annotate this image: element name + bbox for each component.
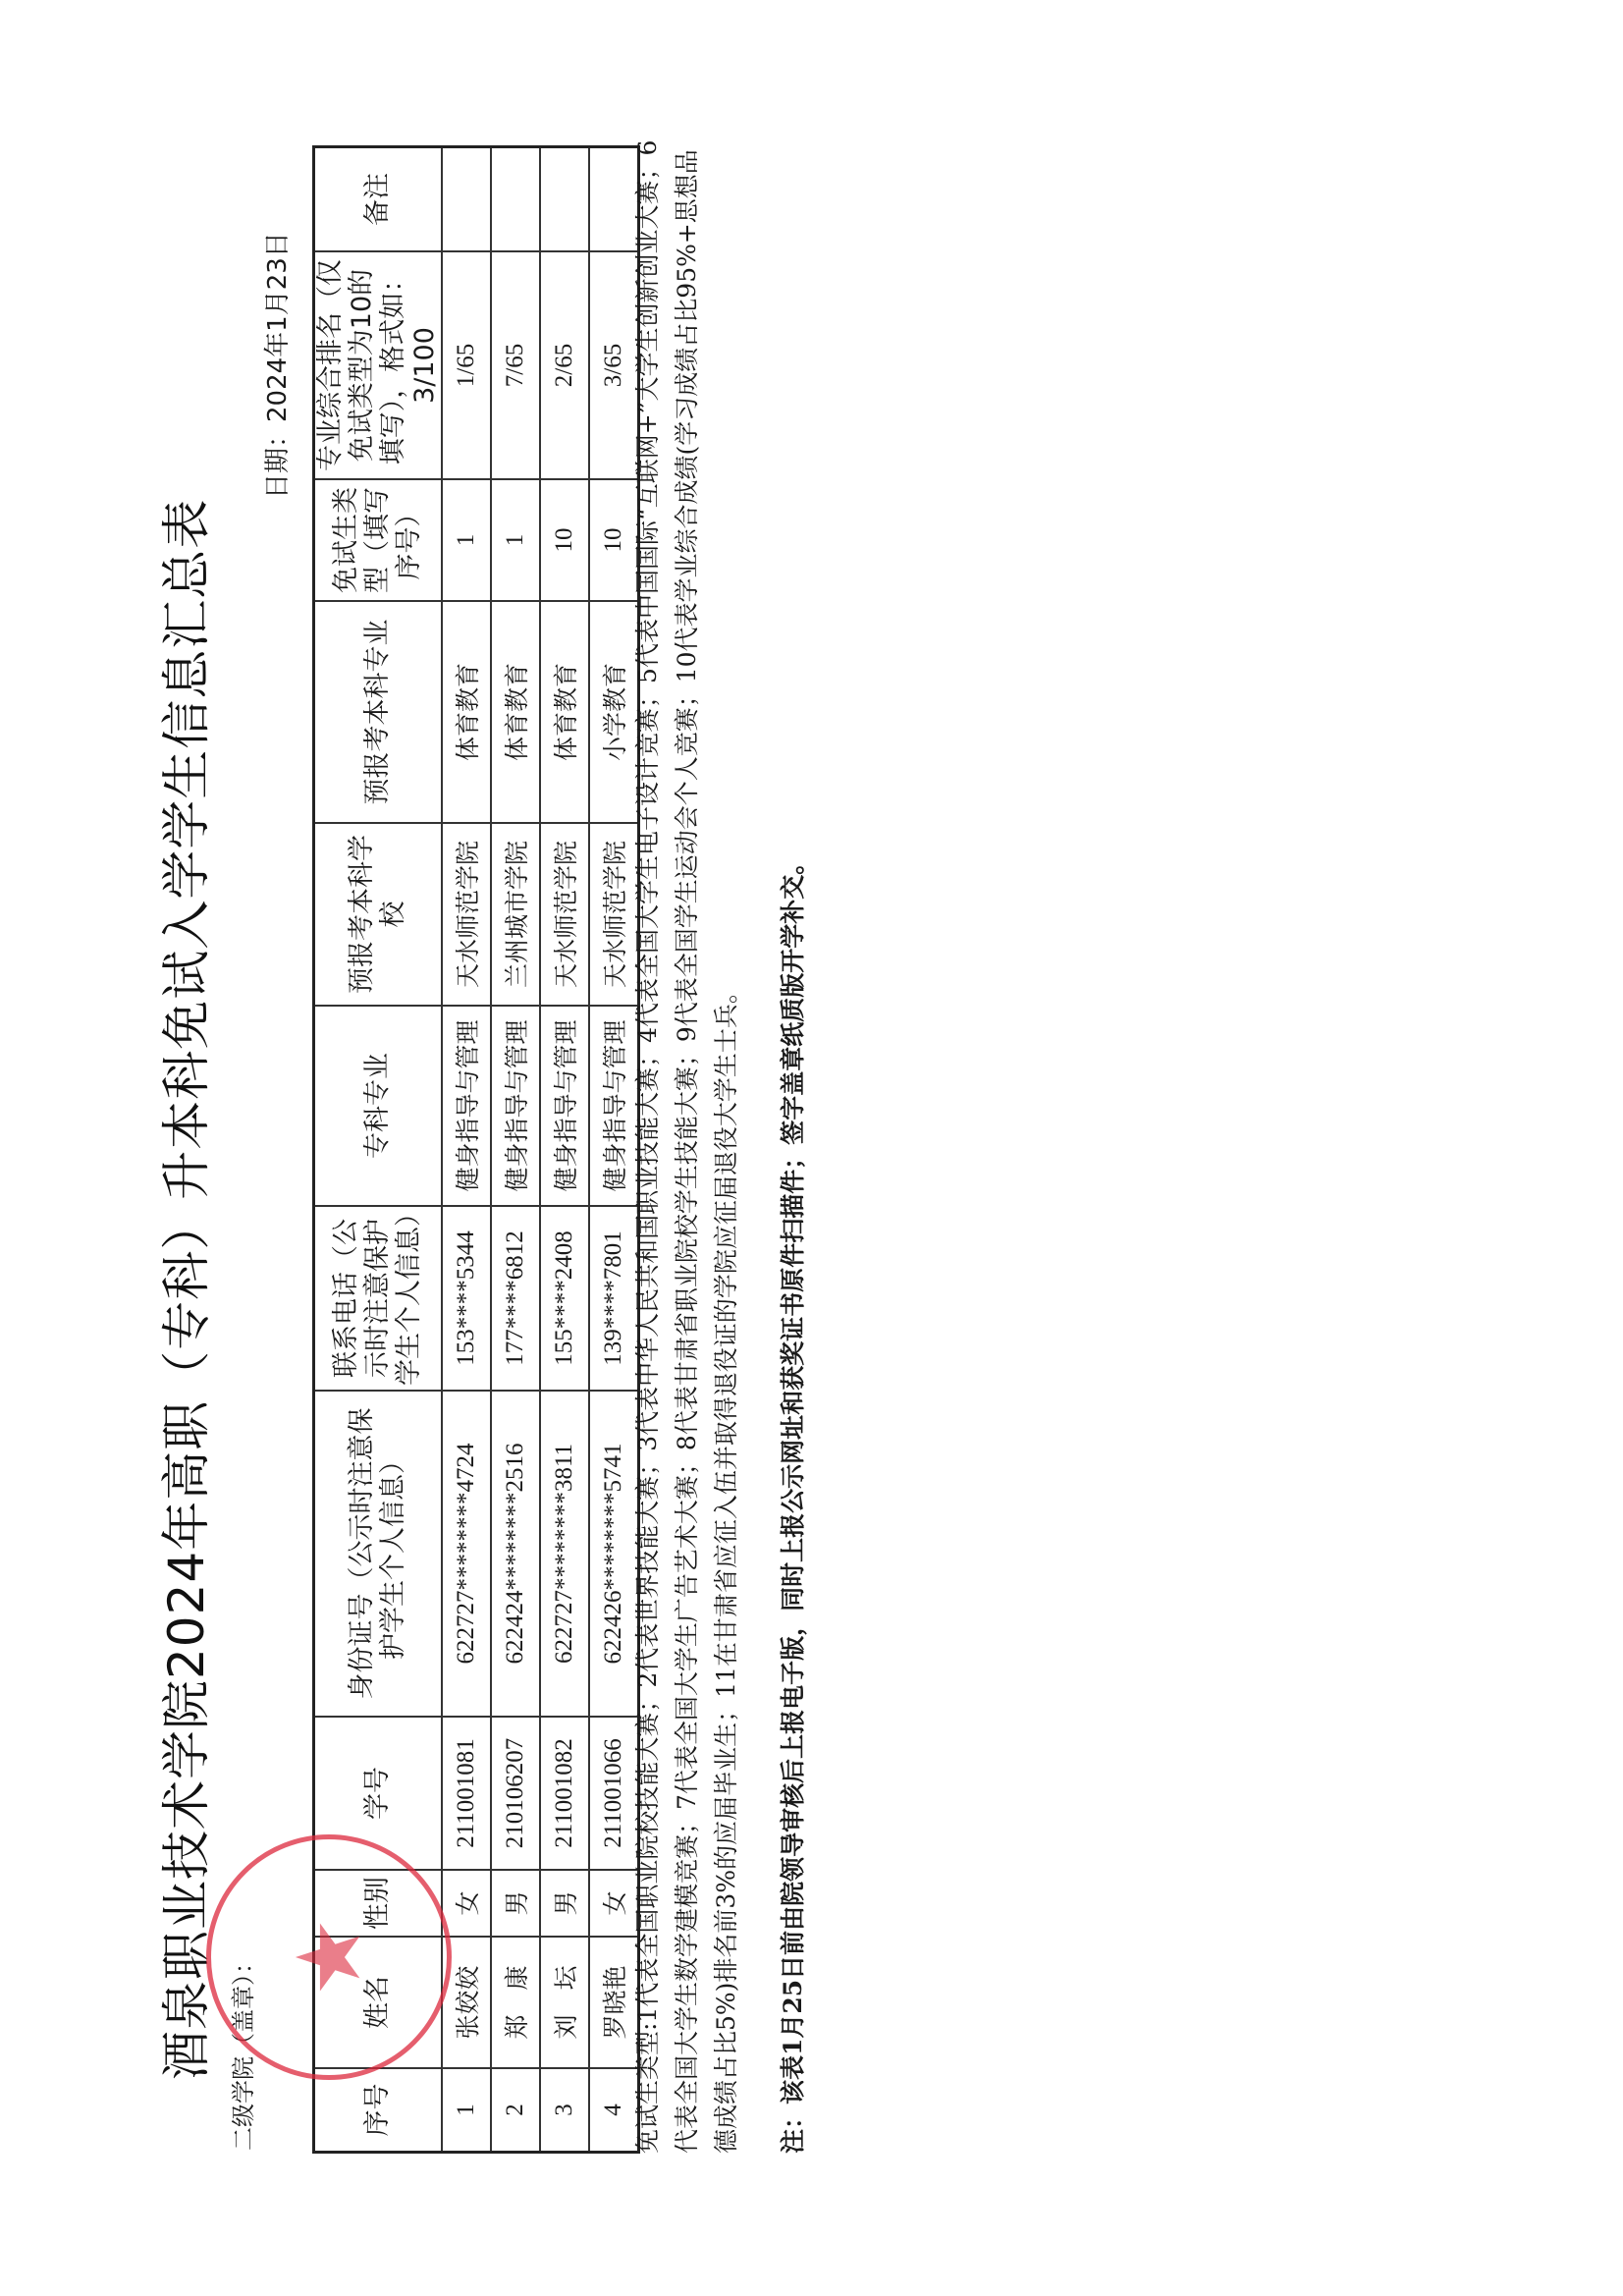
cell-name: 刘 坛 xyxy=(540,1937,589,2068)
document-title: 酒泉职业技术学院2024年高职（专科）升本科免试入学学生信息汇总表 xyxy=(147,214,218,2080)
table-row: 3 刘 坛 男 211001082 622727********3811 155… xyxy=(540,147,589,2153)
cell-target-school: 天水师范学院 xyxy=(540,823,589,1006)
cell-rank: 2/65 xyxy=(540,251,589,479)
cell-index: 2 xyxy=(491,2068,540,2153)
cell-id-number: 622727********4724 xyxy=(442,1391,491,1717)
cell-student-id: 211001081 xyxy=(442,1717,491,1870)
cell-phone: 177****6812 xyxy=(491,1206,540,1391)
table-header-row: 序号 姓名 性别 学号 身份证号（公示时注意保护学生个人信息） 联系电话（公示时… xyxy=(314,147,443,2153)
cell-index: 3 xyxy=(540,2068,589,2153)
cell-phone: 155****2408 xyxy=(540,1206,589,1391)
cell-name: 郑 康 xyxy=(491,1937,540,2068)
cell-student-id: 211001082 xyxy=(540,1717,589,1870)
cell-sex: 男 xyxy=(540,1870,589,1937)
header-sex: 性别 xyxy=(314,1870,443,1937)
table-row: 2 郑 康 男 210106207 622424********2516 177… xyxy=(491,147,540,2153)
cell-phone: 153****5344 xyxy=(442,1206,491,1391)
cell-exempt-type: 1 xyxy=(491,479,540,601)
cell-note xyxy=(442,147,491,252)
cell-id-number: 622727********3811 xyxy=(540,1391,589,1717)
cell-sex: 男 xyxy=(491,1870,540,1937)
cell-target-school: 天水师范学院 xyxy=(442,823,491,1006)
cell-sex: 女 xyxy=(442,1870,491,1937)
cell-rank: 7/65 xyxy=(491,251,540,479)
student-info-table: 序号 姓名 性别 学号 身份证号（公示时注意保护学生个人信息） 联系电话（公示时… xyxy=(312,145,640,2154)
header-exempt-type: 免试生类型（填写序号） xyxy=(314,479,443,601)
exempt-type-legend: 免试生类型:1代表全国职业院校技能大赛；2代表世界技能大赛；3代表中华人民共和国… xyxy=(628,131,746,2154)
cell-major: 健身指导与管理 xyxy=(442,1006,491,1206)
cell-exempt-type: 1 xyxy=(442,479,491,601)
cell-id-number: 622424********2516 xyxy=(491,1391,540,1717)
cell-target-major: 体育教育 xyxy=(491,601,540,823)
document-page: 酒泉职业技术学院2024年高职（专科）升本科免试入学学生信息汇总表 二级学院（盖… xyxy=(0,0,1623,2296)
cell-rank: 1/65 xyxy=(442,251,491,479)
header-note: 备注 xyxy=(314,147,443,252)
submission-note: 注：该表1月25日前由院领导审核后上报电子版，同时上报公示网址和获奖证书原件扫描… xyxy=(774,131,813,2154)
document-date: 日期：2024年1月23日 xyxy=(257,232,294,499)
header-major: 专科专业 xyxy=(314,1006,443,1206)
header-target-major: 预报考本科专业 xyxy=(314,601,443,823)
header-id-number: 身份证号（公示时注意保护学生个人信息） xyxy=(314,1391,443,1717)
cell-name: 张姣姣 xyxy=(442,1937,491,2068)
department-stamp-label: 二级学院（盖章）： xyxy=(224,1950,258,2151)
cell-index: 1 xyxy=(442,2068,491,2153)
header-student-id: 学号 xyxy=(314,1717,443,1870)
cell-student-id: 210106207 xyxy=(491,1717,540,1870)
header-target-school: 预报考本科学校 xyxy=(314,823,443,1006)
header-name: 姓名 xyxy=(314,1937,443,2068)
table-row: 1 张姣姣 女 211001081 622727********4724 153… xyxy=(442,147,491,2153)
cell-target-major: 体育教育 xyxy=(540,601,589,823)
footnotes: 免试生类型:1代表全国职业院校技能大赛；2代表世界技能大赛；3代表中华人民共和国… xyxy=(628,131,813,2154)
cell-major: 健身指导与管理 xyxy=(540,1006,589,1206)
cell-major: 健身指导与管理 xyxy=(491,1006,540,1206)
cell-target-school: 兰州城市学院 xyxy=(491,823,540,1006)
cell-target-major: 体育教育 xyxy=(442,601,491,823)
header-phone: 联系电话（公示时注意保护学生个人信息） xyxy=(314,1206,443,1391)
header-index: 序号 xyxy=(314,2068,443,2153)
cell-note xyxy=(491,147,540,252)
cell-note xyxy=(540,147,589,252)
cell-exempt-type: 10 xyxy=(540,479,589,601)
header-rank: 专业综合排名（仅免试类型为10的填写），格式如：3/100 xyxy=(314,251,443,479)
